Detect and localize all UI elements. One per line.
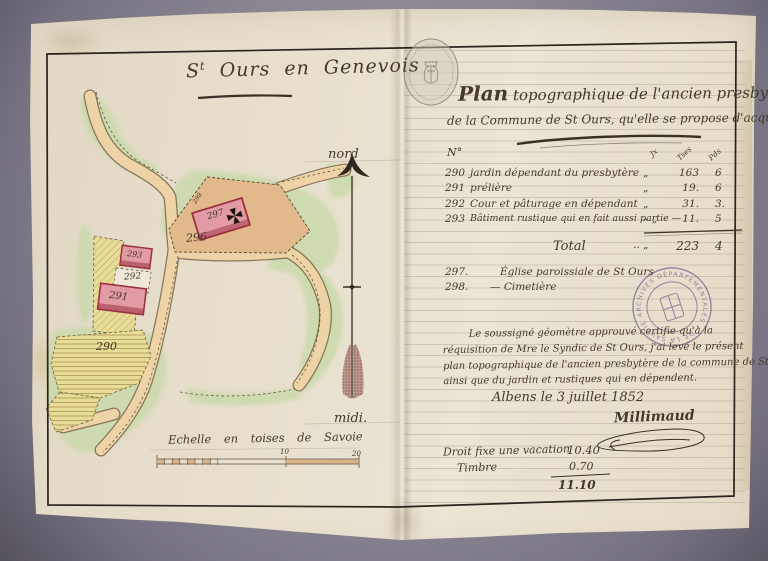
row-label: — Cimetière — [490, 281, 556, 293]
compass-south-label: midi. — [334, 411, 367, 426]
row-toises: 31. — [663, 198, 699, 210]
row-no: 297. — [445, 266, 468, 278]
row-ditto: „ — [643, 198, 648, 210]
table-row-298: 298. — Cimetière — [445, 281, 747, 297]
total-pieds: 4 — [715, 239, 723, 253]
row-pieds: 6 — [715, 182, 722, 194]
signature: Millimaud — [614, 408, 695, 427]
table-row-291: 291 prélière „ 19. 6 — [445, 182, 747, 198]
fee-value-2: 0.70 — [569, 460, 594, 473]
row-label: jardin dépendant du presbytère — [470, 167, 639, 179]
sum-rule — [644, 230, 742, 233]
table-row-293: 293 Bâtiment rustique qui en fait aussi … — [445, 213, 747, 229]
memo-heading-line1: Plan topographique de l'ancien presbytèr… — [458, 78, 768, 106]
row-no: 293 — [445, 213, 465, 225]
row-no: 291 — [445, 182, 465, 194]
column-header-no: N° — [447, 146, 462, 159]
row-toises: 19. — [663, 182, 699, 194]
scale-tick-10: 10 — [280, 448, 289, 456]
scale-tick-20: 20 — [352, 450, 361, 458]
table-row-297: 297. Église paroissiale de St Ours — [445, 266, 747, 282]
total-row: Total .. „ 223 4 — [445, 239, 747, 255]
memo-heading-word1: Plan — [458, 81, 508, 106]
row-ditto: „ — [643, 182, 648, 194]
parcel-label-290: 290 — [96, 340, 117, 353]
row-ditto: „ — [643, 167, 648, 179]
row-toises: 11. — [663, 213, 699, 225]
parcel-label-293: 293 — [127, 249, 143, 260]
table-row-290: 290 jardin dépendant du presbytère „ 163… — [445, 167, 747, 183]
parcel-label-296: 296 — [185, 230, 207, 245]
compass-north-label: nord — [328, 147, 359, 162]
fee-label-2: Timbre — [457, 460, 497, 474]
fee-value-1: 10.40 — [567, 443, 600, 457]
row-label: Cour et pâturage en dépendant — [470, 198, 638, 210]
row-toises: 163 — [663, 167, 699, 179]
row-pieds: 5 — [715, 213, 722, 225]
scale-bar — [150, 448, 360, 468]
memo-heading-line1-rest: topographique de l'ancien presbytère — [513, 83, 768, 104]
signature-flourish — [597, 429, 704, 451]
scanned-document-photo: ARCHIVES DÉPARTEMENTALES • DE LA SAVOIE … — [0, 0, 768, 561]
total-rule — [644, 233, 742, 236]
parcel-label-292: 292 — [124, 271, 142, 282]
row-pieds: 6 — [715, 167, 722, 179]
total-ditto: .. „ — [633, 239, 648, 251]
table-row-292: 292 Cour et pâturage en dépendant „ 31. … — [445, 198, 747, 214]
fee-rule — [551, 474, 610, 477]
row-no: 298. — [445, 281, 468, 293]
row-label: prélière — [470, 182, 512, 194]
total-toises: 223 — [663, 239, 699, 253]
parcel-label-291: 291 — [108, 290, 128, 303]
row-no: 290 — [445, 167, 465, 179]
fee-total: 11.10 — [558, 478, 596, 492]
row-pieds: 3. — [715, 198, 725, 210]
row-no: 292 — [445, 198, 465, 210]
row-ditto: – „ — [643, 213, 657, 225]
map-title-prefix: S — [186, 60, 201, 82]
dateline: Albens le 3 juillet 1852 — [492, 390, 644, 405]
certificate-paragraph: Le soussigné géomètre approuvé certifie … — [443, 323, 746, 390]
row-label: Église paroissiale de St Ours — [500, 266, 654, 278]
total-label: Total — [553, 239, 586, 254]
